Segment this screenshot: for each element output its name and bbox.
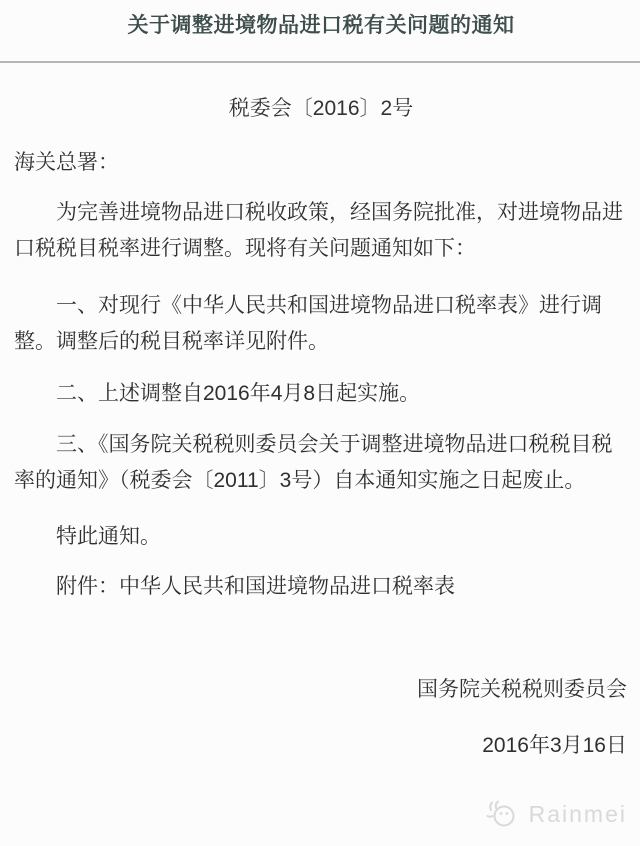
salutation: 海关总署： [14, 145, 628, 181]
title-divider [0, 61, 640, 63]
paragraph-closing: 特此通知。 [14, 519, 628, 555]
paragraph-item-1: 一、对现行《中华人民共和国进境物品进口税率表》进行调整。调整后的税目税率详见附件… [14, 288, 628, 360]
paragraph-intro: 为完善进境物品进口税收政策，经国务院批准，对进境物品进口税税目税率进行调整。现将… [14, 195, 628, 267]
issue-date: 2016年3月16日 [14, 728, 628, 764]
rainmei-logo-icon [484, 799, 520, 829]
notice-document: 关于调整进境物品进口税有关问题的通知 税委会〔2016〕2号 海关总署： 为完善… [0, 0, 640, 836]
paragraph-item-3: 三、《国务院关税税则委员会关于调整进境物品进口税税目税率的通知》（税委会〔201… [14, 427, 628, 499]
paragraph-attachment: 附件：中华人民共和国进境物品进口税率表 [14, 569, 628, 605]
watermark: Rainmei [484, 799, 627, 829]
document-number: 税委会〔2016〕2号 [14, 93, 628, 125]
issuer-signature: 国务院关税税则委员会 [14, 672, 628, 708]
watermark-text: Rainmei [529, 799, 627, 829]
paragraph-item-2: 二、上述调整自2016年4月8日起实施。 [14, 376, 628, 412]
document-title: 关于调整进境物品进口税有关问题的通知 [14, 10, 628, 42]
